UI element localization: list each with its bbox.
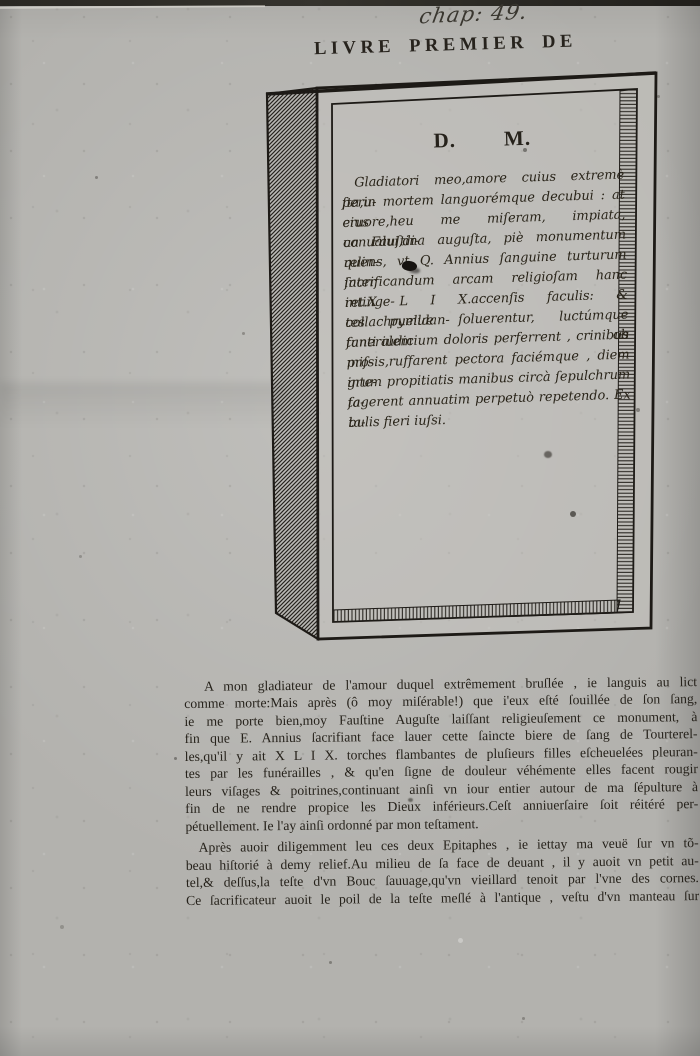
handwritten-chapter-note: chap: 49. bbox=[418, 0, 530, 28]
scan-top-edge bbox=[0, 0, 700, 6]
epitaph-heading-d: D. bbox=[433, 128, 456, 154]
paragraph-narration: Après auoir diligemment leu ces deux Epi… bbox=[186, 835, 700, 910]
scanned-book-page: chap: 49. LIVRE PREMIER DE D. M. bbox=[0, 0, 700, 1056]
body-text: A mon gladiateur de l'amour duquel extrê… bbox=[184, 673, 699, 909]
epitaph-heading-m: M. bbox=[504, 126, 532, 152]
scan-shadow-band bbox=[0, 383, 285, 427]
paragraph-translation: A mon gladiateur de l'amour duquel extrê… bbox=[184, 673, 698, 835]
latin-epitaph: Gladiatori meo,amore cuius extremè peru-… bbox=[341, 166, 632, 434]
slab-side-panel bbox=[267, 88, 318, 639]
